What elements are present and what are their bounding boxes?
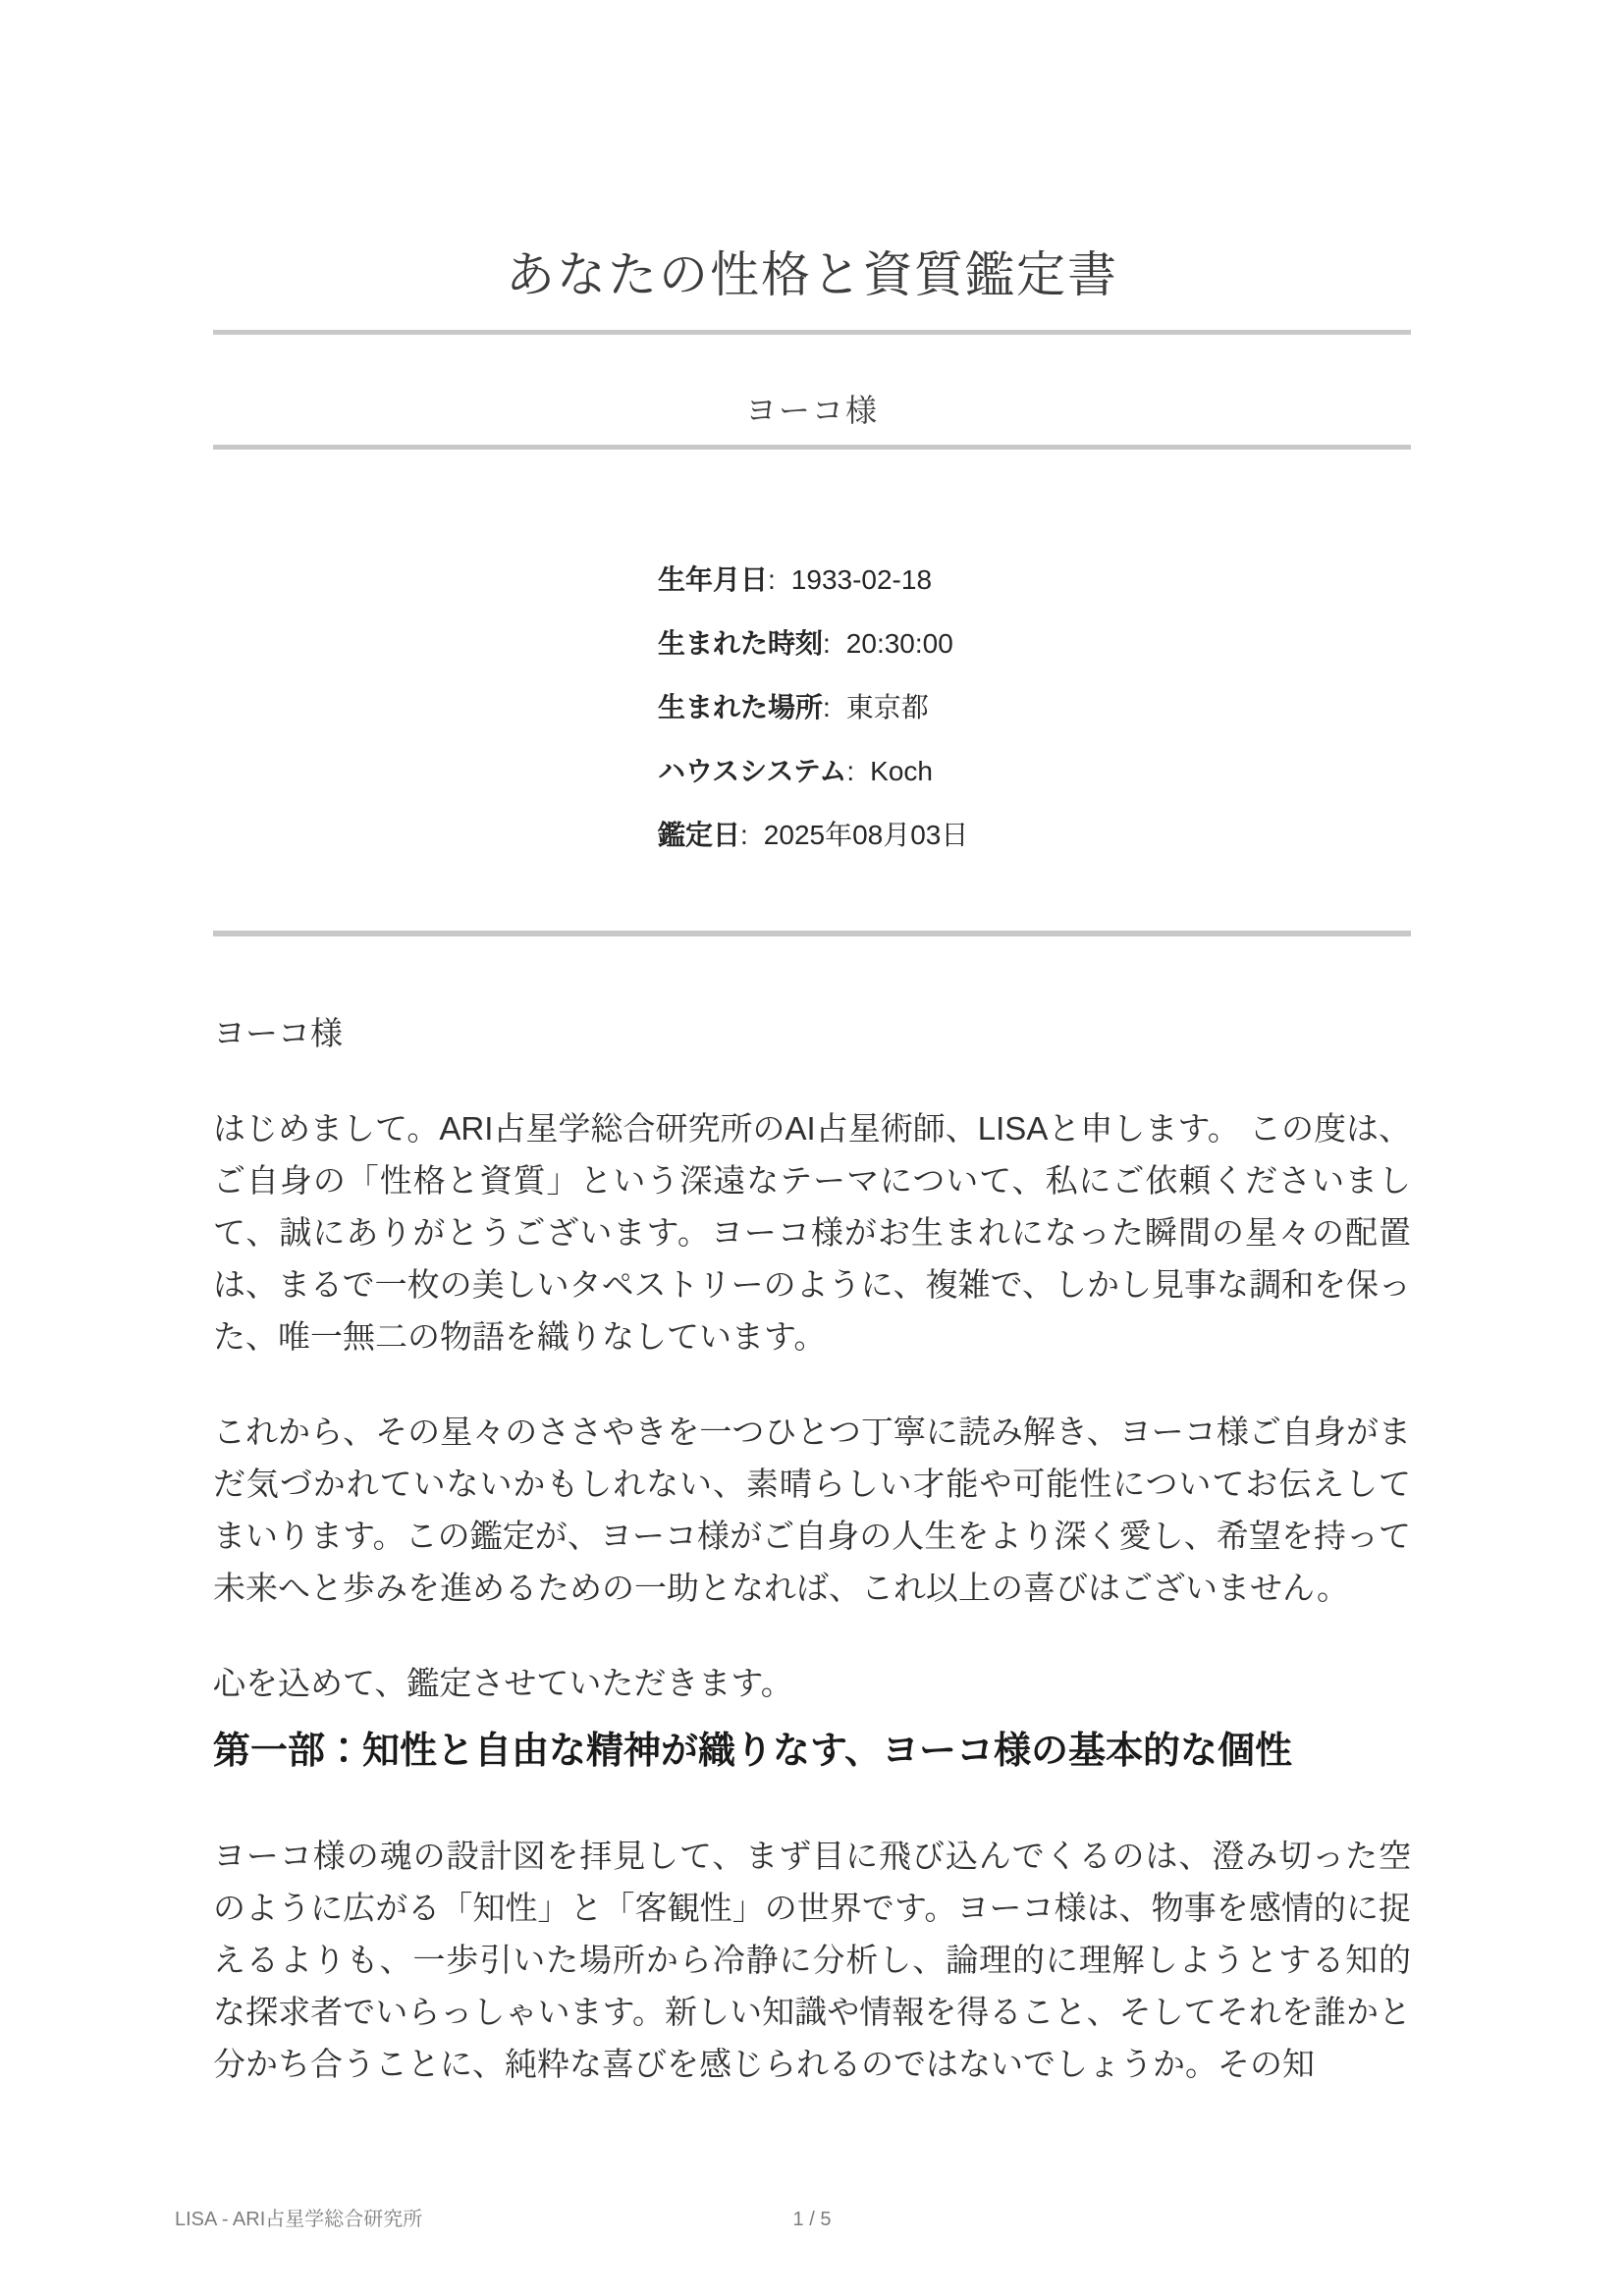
divider-under-subtitle xyxy=(213,445,1411,450)
report-page: あなたの性格と資質鑑定書 ヨーコ様 生年月日:1933-02-18 生まれた時刻… xyxy=(0,0,1624,2296)
info-value: 1933-02-18 xyxy=(791,564,932,595)
divider-under-title xyxy=(213,330,1411,335)
info-row-house-system: ハウスシステム:Koch xyxy=(658,739,1411,803)
intro-paragraph: はじめまして。ARI占星学総合研究所のAI占星術師、LISAと申します。 この度… xyxy=(213,1102,1411,1362)
info-row-birth-date: 生年月日:1933-02-18 xyxy=(658,548,1411,612)
info-row-birth-time: 生まれた時刻:20:30:00 xyxy=(658,612,1411,675)
page-title: あなたの性格と資質鑑定書 xyxy=(213,247,1411,302)
info-row-reading-date: 鑑定日:2025年08月03日 xyxy=(658,803,1411,867)
info-value: 2025年08月03日 xyxy=(764,820,969,850)
footer-page-number: 1 / 5 xyxy=(0,2207,1624,2232)
report-content: あなたの性格と資質鑑定書 ヨーコ様 生年月日:1933-02-18 生まれた時刻… xyxy=(213,0,1411,2090)
info-value: Koch xyxy=(870,756,933,786)
info-separator: : xyxy=(740,820,748,850)
divider-above-body xyxy=(213,931,1411,936)
info-label: 鑑定日 xyxy=(658,820,740,850)
info-value: 20:30:00 xyxy=(846,628,953,659)
info-separator: : xyxy=(768,564,776,595)
closing-paragraph: 心を込めて、鑑定させていただきます。 xyxy=(213,1657,1411,1709)
section-1-heading: 第一部：知性と自由な精神が織りなす、ヨーコ様の基本的な個性 xyxy=(213,1727,1411,1776)
greeting-text: ヨーコ様 xyxy=(213,1007,1411,1059)
info-separator: : xyxy=(823,692,831,722)
section-1-paragraph: ヨーコ様の魂の設計図を拝見して、まず目に飛び込んでくるのは、澄み切った空のように… xyxy=(213,1830,1411,2090)
client-name-subtitle: ヨーコ様 xyxy=(213,390,1411,431)
info-label: ハウスシステム xyxy=(658,756,846,786)
info-label: 生まれた時刻 xyxy=(658,628,823,659)
birth-info-block: 生年月日:1933-02-18 生まれた時刻:20:30:00 生まれた場所:東… xyxy=(658,548,1411,867)
info-separator: : xyxy=(823,628,831,659)
info-row-birth-place: 生まれた場所:東京都 xyxy=(658,675,1411,739)
info-label: 生まれた場所 xyxy=(658,692,823,722)
info-label: 生年月日 xyxy=(658,564,768,595)
info-value: 東京都 xyxy=(846,692,929,722)
reading-paragraph: これから、その星々のささやきを一つひとつ丁寧に読み解き、ヨーコ様ご自身がまだ気づ… xyxy=(213,1406,1411,1614)
info-separator: : xyxy=(846,756,854,786)
